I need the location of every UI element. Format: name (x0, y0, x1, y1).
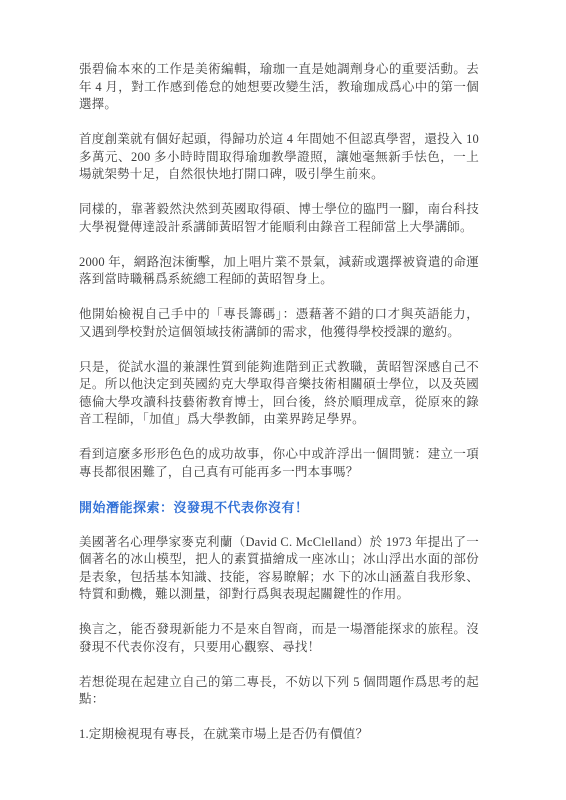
paragraph-intro-yoga: 張碧倫本來的工作是美術編輯，瑜珈一直是她調劑身心的重要活動。去年 4 月，對工作… (79, 61, 479, 114)
paragraph-uk-degrees: 同樣的，靠著毅然決然到英國取得碩、博士學位的臨門一腳，南台科技大學視覺傳達設計系… (79, 201, 479, 236)
list-item-question-1: 1.定期檢視現有專長，在就業市場上是否仍有價值？ (79, 726, 479, 744)
document-page: 張碧倫本來的工作是美術編輯，瑜珈一直是她調劑身心的重要活動。去年 4 月，對工作… (0, 0, 566, 800)
paragraph-dotcom-bubble: 2000 年，網路泡沫衝擊，加上唱片業不景氣，減薪或選擇被資遣的命運落到當時職稱… (79, 254, 479, 289)
document-content: 張碧倫本來的工作是美術編輯，瑜珈一直是她調劑身心的重要活動。去年 4 月，對工作… (79, 61, 479, 761)
paragraph-iceberg-model: 美國著名心理學家麥克利蘭（David C. McClelland）於 1973 … (79, 534, 479, 604)
paragraph-phd-journey: 只是，從試水溫的兼課性質到能夠進階到正式教職，黃昭智深感自己不足。所以他決定到英… (79, 359, 479, 429)
section-heading-potential-exploration: 開始潛能探索：沒發現不代表你沒有！ (79, 499, 479, 517)
paragraph-specialty-chips: 他開始檢視自己手中的「專長籌碼」：憑藉著不錯的口才與英語能力，又遇到學校對於這個… (79, 306, 479, 341)
paragraph-question: 看到這麼多形形色色的成功故事，你心中或許浮出一個問號：建立一項專長都很困難了，自… (79, 446, 479, 481)
paragraph-first-venture: 首度創業就有個好起頭，得歸功於這 4 年間她不但認真學習，還投入 10 多萬元、… (79, 131, 479, 184)
paragraph-in-other-words: 換言之，能否發現新能力不是來自智商，而是一場潛能探求的旅程。沒發現不代表你沒有，… (79, 621, 479, 656)
paragraph-five-questions-intro: 若想從現在起建立自己的第二專長，不妨以下列 5 個問題作爲思考的起點： (79, 674, 479, 709)
